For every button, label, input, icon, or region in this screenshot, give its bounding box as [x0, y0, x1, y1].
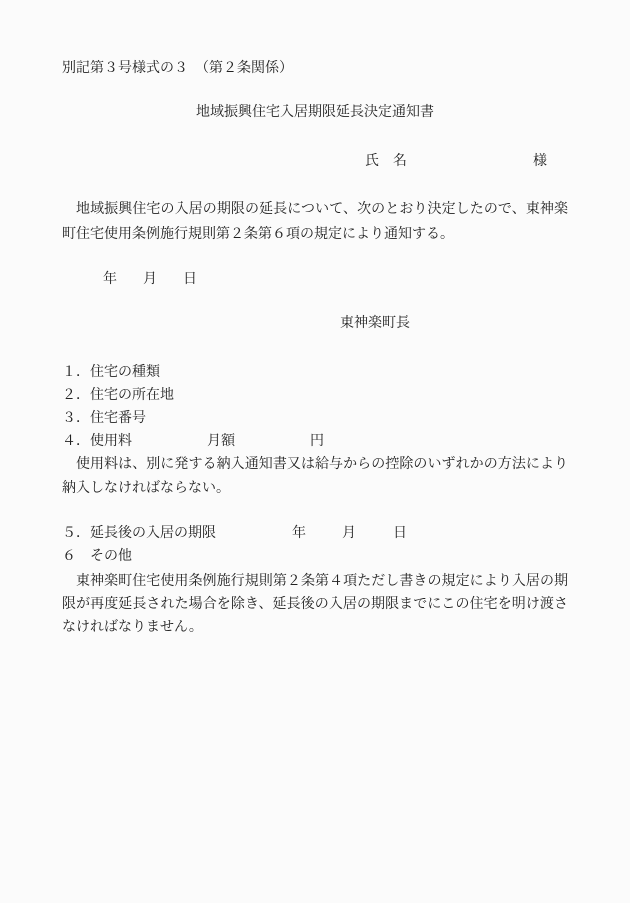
list-item-housing-type: １．住宅の種類	[62, 361, 568, 384]
yen-unit-label: 円	[310, 430, 324, 453]
item-label: 使用料	[90, 434, 132, 449]
document-title: 地域振興住宅入居期限延長決定通知書	[0, 101, 630, 124]
extended-deadline-year-label: 年	[292, 522, 306, 545]
item-label: 住宅の種類	[90, 365, 160, 380]
item-number: １．	[62, 365, 90, 380]
list-item-other: ６ その他	[62, 545, 568, 568]
list-item-extended-deadline: ５．延長後の入居の期限 年 月 日	[62, 522, 568, 545]
intro-paragraph: 地域振興住宅の入居の期限の延長について、次のとおり決定したので、東神楽町住宅使用…	[62, 197, 568, 247]
list-item-housing-location: ２．住宅の所在地	[62, 384, 568, 407]
item-number: ４．	[62, 434, 90, 449]
usage-fee-note: 使用料は、別に発する納入通知書又は給与からの控除のいずれかの方法により納入しなけ…	[62, 453, 568, 500]
extended-deadline-month-label: 月	[342, 522, 356, 545]
document-page: 別記第３号様式の３ （第２条関係） 地域振興住宅入居期限延長決定通知書 氏 名 …	[0, 0, 630, 903]
item-label: 延長後の入居の期限	[90, 526, 216, 541]
item-number: ３．	[62, 411, 90, 426]
list-item-housing-number: ３．住宅番号	[62, 407, 568, 430]
addressee-honorific-label: 様	[533, 150, 547, 173]
issue-date-month-label: 月	[143, 268, 157, 291]
extended-deadline-day-label: 日	[393, 522, 407, 545]
issue-date-day-label: 日	[183, 268, 197, 291]
issuer-line: 東神楽町長	[62, 312, 568, 335]
addressee-line: 氏 名 様	[62, 150, 568, 173]
list-item-usage-fee: ４．使用料 月額 円	[62, 430, 568, 453]
issuer-title: 東神楽町長	[340, 312, 410, 335]
form-reference: 別記第３号様式の３ （第２条関係）	[62, 57, 568, 80]
item-label: その他	[90, 545, 132, 568]
item-label: 住宅番号	[90, 411, 146, 426]
monthly-amount-label: 月額	[207, 430, 235, 453]
issue-date-line: 年 月 日	[62, 268, 568, 291]
item-label: 住宅の所在地	[90, 388, 174, 403]
item-number: ５．	[62, 526, 90, 541]
issue-date-year-label: 年	[103, 268, 117, 291]
addressee-name-label: 氏 名	[365, 150, 407, 173]
item-number: ６	[62, 549, 76, 564]
other-note-paragraph: 東神楽町住宅使用条例施行規則第２条第４項ただし書きの規定により入居の期限が再度延…	[62, 570, 568, 639]
item-number: ２．	[62, 388, 90, 403]
